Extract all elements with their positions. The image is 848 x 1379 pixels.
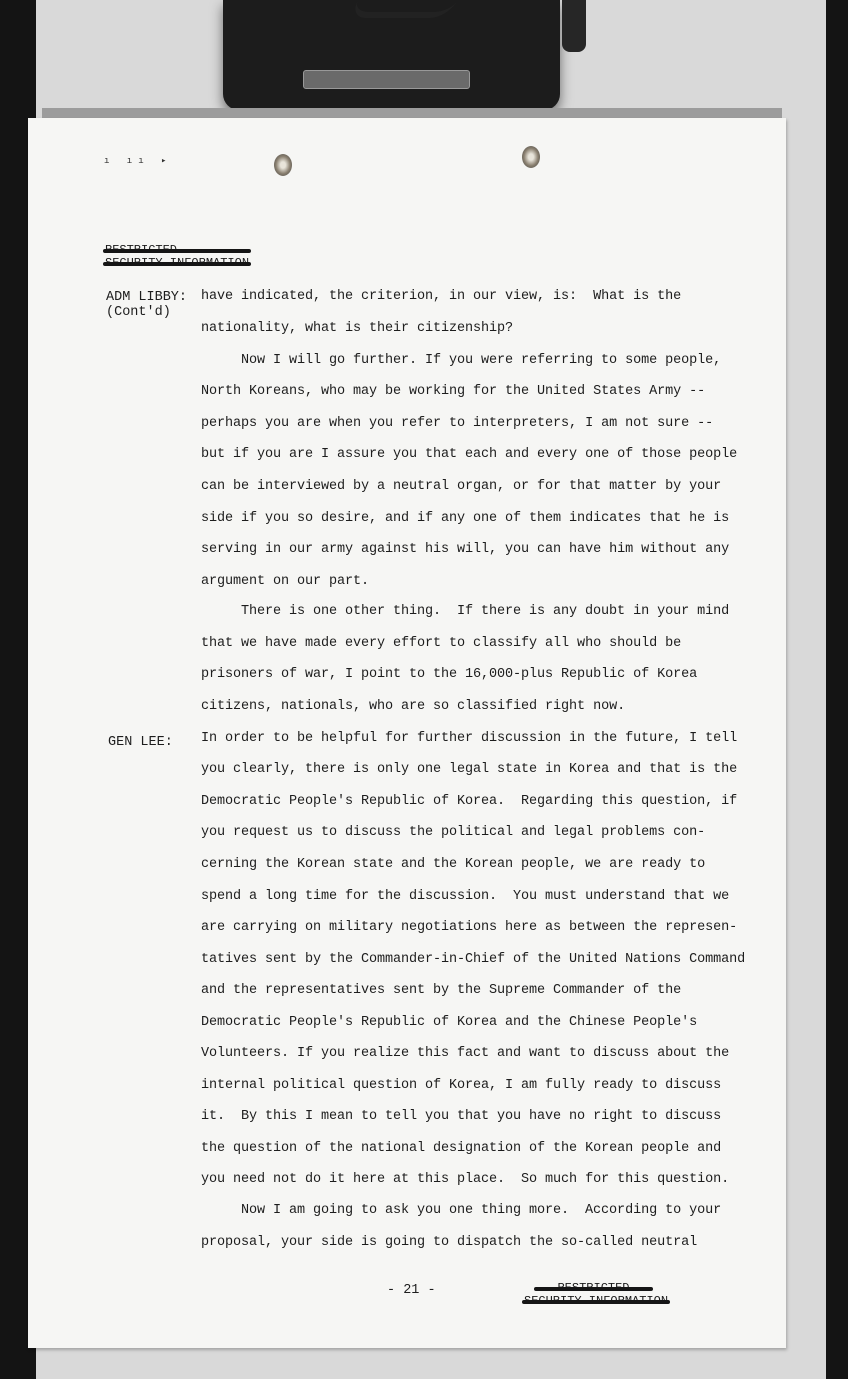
text-line: but if you are I assure you that each an… xyxy=(201,447,737,462)
text-line: you request us to discuss the political … xyxy=(201,825,705,840)
classification-line-2: SECURITY INFORMATION xyxy=(105,257,249,270)
film-border-right xyxy=(826,0,848,1379)
speaker-continued-note: (Cont'd) xyxy=(106,305,187,320)
text-line: have indicated, the criterion, in our vi… xyxy=(201,289,681,304)
classification-line-2: SECURITY INFORMATION xyxy=(524,1295,668,1308)
text-line: Now I will go further. If you were refer… xyxy=(241,353,721,368)
page-number: - 21 - xyxy=(387,1283,436,1298)
speaker-name: GEN LEE: xyxy=(108,735,173,750)
clip-strap xyxy=(348,0,458,18)
text-line: internal political question of Korea, I … xyxy=(201,1078,721,1093)
speaker-label-libby: ADM LIBBY: (Cont'd) xyxy=(106,290,187,320)
text-line: Democratic People's Republic of Korea. R… xyxy=(201,794,737,809)
text-line: prisoners of war, I point to the 16,000-… xyxy=(201,667,697,682)
text-line: the question of the national designation… xyxy=(201,1141,721,1156)
speaker-label-lee: GEN LEE: xyxy=(108,735,173,750)
text-line: are carrying on military negotiations he… xyxy=(201,920,737,935)
text-line: Democratic People's Republic of Korea an… xyxy=(201,1015,697,1030)
speaker-name: ADM LIBBY: xyxy=(106,290,187,305)
footer-classification-stamp: RESTRICTED SECURITY INFORMATION xyxy=(524,1282,668,1308)
text-line: In order to be helpful for further discu… xyxy=(201,731,737,746)
text-line: nationality, what is their citizenship? xyxy=(201,321,513,336)
text-line: that we have made every effort to classi… xyxy=(201,636,681,651)
text-line: you need not do it here at this place. S… xyxy=(201,1172,729,1187)
punch-hole-left xyxy=(274,154,292,176)
binder-clip xyxy=(223,0,560,110)
text-line: you clearly, there is only one legal sta… xyxy=(201,762,737,777)
text-line: perhaps you are when you refer to interp… xyxy=(201,416,713,431)
text-line: serving in our army against his will, yo… xyxy=(201,542,729,557)
text-line: citizens, nationals, who are so classifi… xyxy=(201,699,625,714)
text-line: proposal, your side is going to dispatch… xyxy=(201,1235,697,1250)
text-line: can be interviewed by a neutral organ, o… xyxy=(201,479,721,494)
text-line: and the representatives sent by the Supr… xyxy=(201,983,681,998)
text-line: argument on our part. xyxy=(201,574,369,589)
text-line: tatives sent by the Commander-in-Chief o… xyxy=(201,952,745,967)
text-line: side if you so desire, and if any one of… xyxy=(201,511,729,526)
header-classification-stamp: RESTRICTED SECURITY INFORMATION xyxy=(105,244,249,270)
text-line: spend a long time for the discussion. Yo… xyxy=(201,889,729,904)
text-line: it. By this I mean to tell you that you … xyxy=(201,1109,721,1124)
clip-plate xyxy=(303,70,470,89)
margin-marks: ı ıı ▸ xyxy=(104,156,172,166)
text-line: There is one other thing. If there is an… xyxy=(241,604,729,619)
clip-tab xyxy=(562,0,586,52)
text-line: cerning the Korean state and the Korean … xyxy=(201,857,705,872)
text-line: Volunteers. If you realize this fact and… xyxy=(201,1046,729,1061)
text-line: Now I am going to ask you one thing more… xyxy=(241,1203,721,1218)
punch-hole-right xyxy=(522,146,540,168)
text-line: North Koreans, who may be working for th… xyxy=(201,384,705,399)
